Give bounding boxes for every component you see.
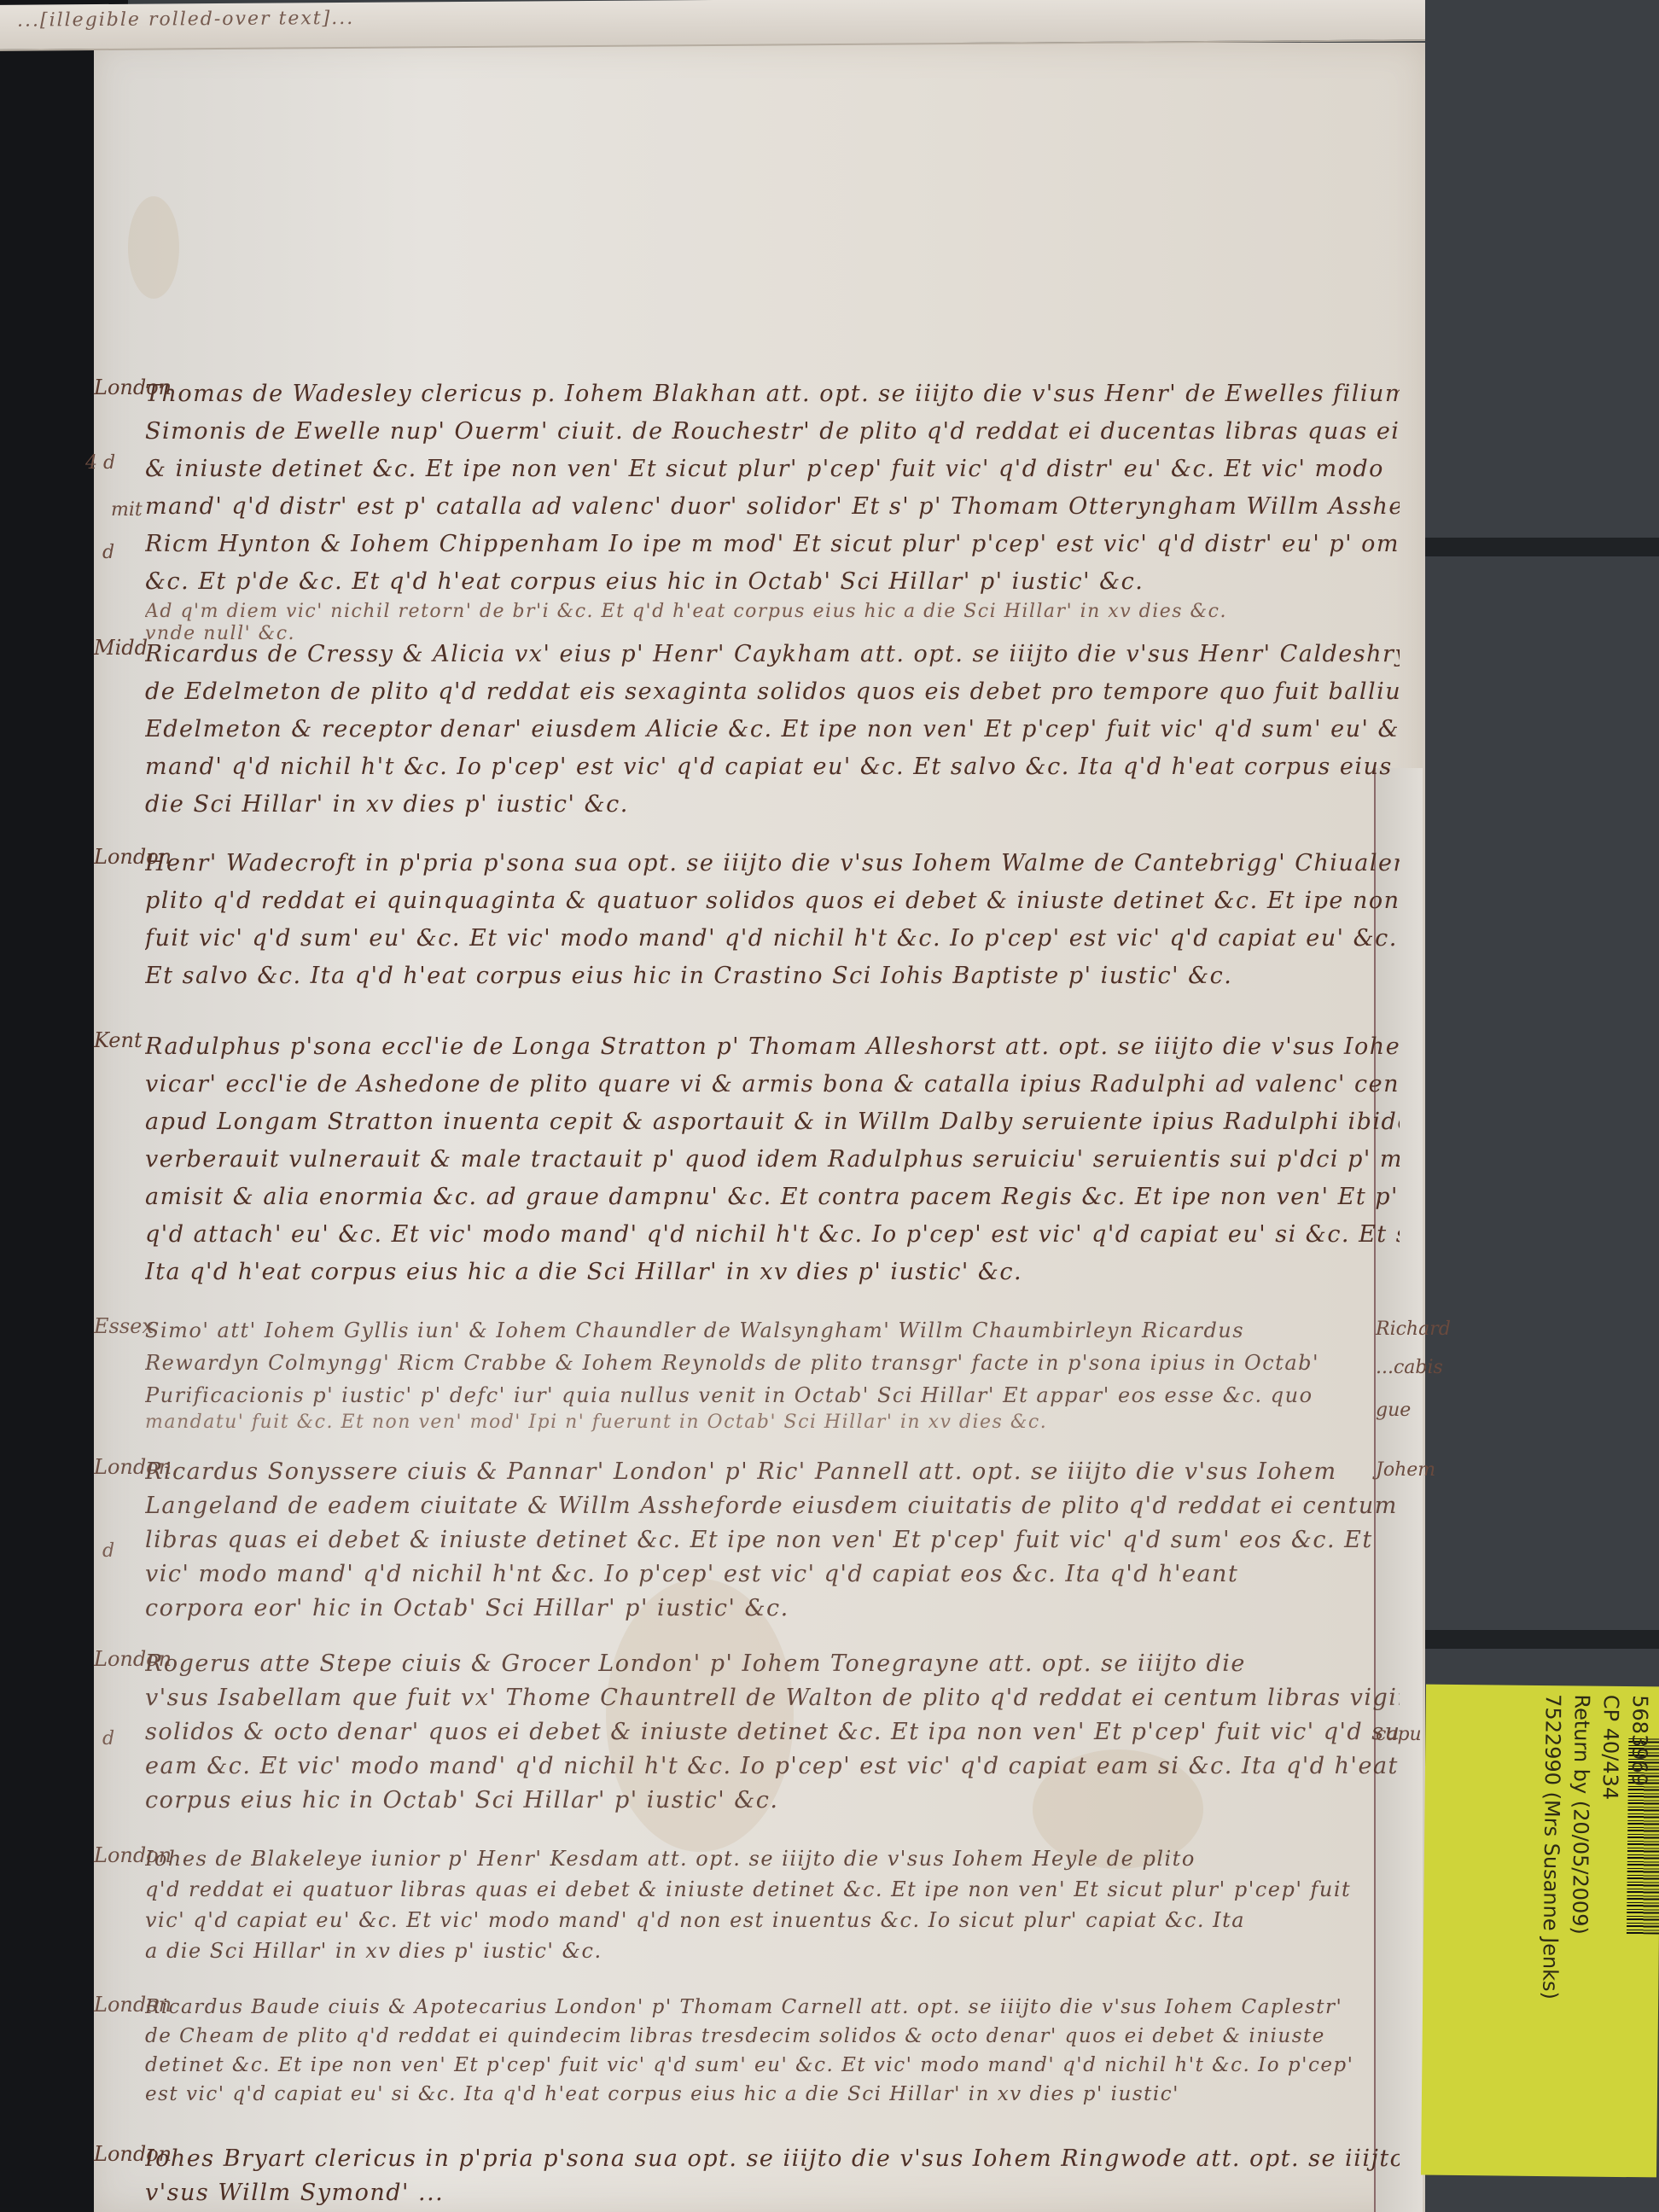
entry-line: Rewardyn Colmyngg' Ricm Crabbe & Iohem R… [145,1347,1400,1379]
plea-entry: London Ricardus Baude ciuis & Apotecariu… [94,1993,1408,2121]
ticket-return-date: Return by (20/05/2009) [1563,1694,1597,2163]
plea-entry: London d Rogerus atte Stepe ciuis & Groc… [94,1647,1408,1826]
plea-entry: London 4 d mit d Thomas de Wadesley cler… [94,375,1408,632]
entry-text: Iohes de Blakeleye iunior p' Henr' Kesda… [145,1843,1400,1966]
entry-line: libras quas ei debet & iniuste detinet &… [145,1523,1400,1557]
entry-line: v'sus Isabellam que fuit vx' Thome Chaun… [145,1681,1400,1715]
plea-entry: London Henr' Wadecroft in p'pria p'sona … [94,845,1408,998]
entry-line: vic' q'd capiat eu' &c. Et vic' modo man… [145,1905,1400,1935]
plea-entry: London Iohes Bryart clericus in p'pria p… [94,2142,1408,2212]
entry-line: Et salvo &c. Ita q'd h'eat corpus eius h… [145,958,1400,995]
entry-text: Simo' att' Iohem Gyllis iun' & Iohem Cha… [145,1314,1400,1434]
entry-text: Ricardus Sonyssere ciuis & Pannar' Londo… [145,1455,1400,1626]
entry-line: apud Longam Stratton inuenta cepit & asp… [145,1103,1400,1141]
entry-line: Ricardus Baude ciuis & Apotecarius Londo… [145,1993,1400,2022]
margin-note: mit [111,499,143,521]
entry-line: Ricardus Sonyssere ciuis & Pannar' Londo… [145,1455,1400,1489]
entry-line: v'sus Willm Symond' ... [145,2176,1400,2210]
rolled-top-text: ...[illegible rolled-over text]... [17,8,354,32]
entry-text: Ricardus Baude ciuis & Apotecarius Londo… [145,1993,1400,2109]
entry-line: Rogerus atte Stepe ciuis & Grocer London… [145,1647,1400,1681]
entry-line: die Sci Hillar' in xv dies p' iustic' &c… [145,786,1400,824]
entry-line: a die Sci Hillar' in xv dies p' iustic' … [145,1935,1400,1966]
foam-seam [1421,1630,1659,1649]
right-margin-fragment: gue [1376,1400,1411,1421]
ticket-text-rotated: 5683969 CP 40/434 Return by (20/05/2009)… [1428,1693,1655,2165]
entry-line: corpora eor' hic in Octab' Sci Hillar' p… [145,1592,1400,1626]
margin-note: 4 d [85,452,115,474]
right-margin-fragment: ...cabis [1376,1357,1443,1378]
entry-line-interlined: Ad q'm diem vic' nichil retorn' de br'i … [145,601,1400,623]
plea-entry: Kent Radulphus p'sona eccl'ie de Longa S… [94,1028,1408,1301]
entry-line: de Cheam de plito q'd reddat ei quindeci… [145,2022,1400,2051]
entry-line: Ricardus de Cressy & Alicia vx' eius p' … [145,636,1400,673]
margin-note: d [102,1540,114,1562]
entry-text: Iohes Bryart clericus in p'pria p'sona s… [145,2142,1400,2210]
stain [128,196,179,299]
entry-line: detinet &c. Et ipe non ven' Et p'cep' fu… [145,2051,1400,2080]
plea-entry: London d Ricardus Sonyssere ciuis & Pann… [94,1455,1408,1643]
entry-line: Iohes Bryart clericus in p'pria p'sona s… [145,2142,1400,2176]
plea-entry: Essex Simo' att' Iohem Gyllis iun' & Ioh… [94,1314,1408,1451]
entry-line: & iniuste detinet &c. Et ipe non ven' Et… [145,451,1400,488]
entry-line: mand' q'd distr' est p' catalla ad valen… [145,488,1400,526]
entry-line: amisit & alia enormia &c. ad graue dampn… [145,1179,1400,1216]
margin-note: d [102,1728,114,1749]
entry-line: &c. Et p'de &c. Et q'd h'eat corpus eius… [145,563,1400,601]
entry-line: vic' modo mand' q'd nichil h'nt &c. Io p… [145,1557,1400,1592]
entry-text: Ricardus de Cressy & Alicia vx' eius p' … [145,636,1400,824]
entry-line: mand' q'd nichil h't &c. Io p'cep' est v… [145,748,1400,786]
entry-line: plito q'd reddat ei quinquaginta & quatu… [145,882,1400,920]
right-margin-fragment: capu [1376,1724,1422,1745]
entry-text: Thomas de Wadesley clericus p. Iohem Bla… [145,375,1400,645]
entry-line: est vic' q'd capiat eu' si &c. Ita q'd h… [145,2080,1400,2109]
entry-line: Ricm Hynton & Iohem Chippenham Io ipe m … [145,526,1400,563]
margin-note: d [102,542,114,563]
entry-line: de Edelmeton de plito q'd reddat eis sex… [145,673,1400,711]
entry-line: eam &c. Et vic' modo mand' q'd nichil h'… [145,1749,1400,1784]
entry-line: Edelmeton & receptor denar' eiusdem Alic… [145,711,1400,748]
entry-line: Iohes de Blakeleye iunior p' Henr' Kesda… [145,1843,1400,1874]
entry-line: Simo' att' Iohem Gyllis iun' & Iohem Cha… [145,1314,1400,1347]
entry-text: Radulphus p'sona eccl'ie de Longa Stratt… [145,1028,1400,1291]
right-margin-fragment: Johem [1376,1459,1435,1481]
ticket-reader: 7522990 (Mrs Susanne Jenks) [1534,1694,1568,2163]
entry-line: Purificacionis p' iustic' p' defc' iur' … [145,1379,1400,1412]
entry-line: Henr' Wadecroft in p'pria p'sona sua opt… [145,845,1400,882]
entry-line: Ita q'd h'eat corpus eius hic a die Sci … [145,1254,1400,1291]
right-margin-fragment: Richard [1376,1318,1451,1340]
entry-line: q'd attach' eu' &c. Et vic' modo mand' q… [145,1216,1400,1254]
entry-line: Langeland de eadem ciuitate & Willm Assh… [145,1489,1400,1523]
entry-text: Rogerus atte Stepe ciuis & Grocer London… [145,1647,1400,1818]
entry-line: q'd reddat ei quatuor libras quas ei deb… [145,1874,1400,1905]
plea-entry: London Iohes de Blakeleye iunior p' Henr… [94,1843,1408,1971]
foam-seam [1421,538,1659,556]
plea-entry: Midd Ricardus de Cressy & Alicia vx' eiu… [94,636,1408,824]
entry-line: Simonis de Ewelle nup' Ouerm' ciuit. de … [145,413,1400,451]
entry-line: Thomas de Wadesley clericus p. Iohem Bla… [145,375,1400,413]
entry-line: Radulphus p'sona eccl'ie de Longa Stratt… [145,1028,1400,1066]
ticket-request-number: 5683969 [1621,1695,1655,2164]
archive-request-ticket: 5683969 CP 40/434 Return by (20/05/2009)… [1421,1685,1659,2178]
entry-text: Henr' Wadecroft in p'pria p'sona sua opt… [145,845,1400,995]
entry-line: fuit vic' q'd sum' eu' &c. Et vic' modo … [145,920,1400,958]
entry-line: solidos & octo denar' quos ei debet & in… [145,1715,1400,1749]
entry-line-interlined: mandatu' fuit &c. Et non ven' mod' Ipi n… [145,1412,1400,1434]
ticket-document-reference: CP 40/434 [1592,1695,1626,2164]
entry-line: corpus eius hic in Octab' Sci Hillar' p'… [145,1784,1400,1818]
entry-line: vicar' eccl'ie de Ashedone de plito quar… [145,1066,1400,1103]
entry-line: verberauit vulnerauit & male tractauit p… [145,1141,1400,1179]
